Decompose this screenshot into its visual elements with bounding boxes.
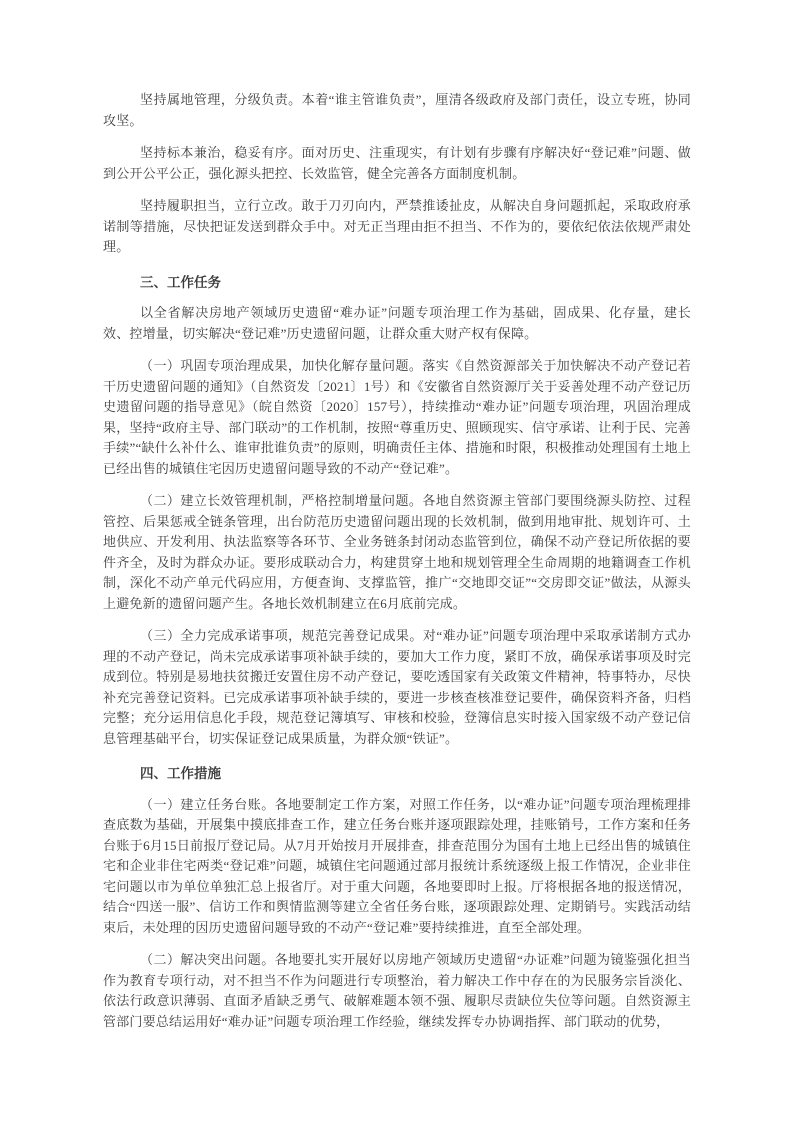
paragraph: （三）全力完成承诺事项，规范完善登记成果。对“难办证”问题专项治理中采取承诺制方… [103,626,691,749]
paragraph: 坚持标本兼治，稳妥有序。面对历史、注重现实，有计划有步骤有序解决好“登记难”问题… [103,143,691,184]
paragraph: 坚持履职担当，立行立改。敢于刀刃向内，严禁推诿扯皮，从解决自身问题抓起，采取政府… [103,196,691,258]
section-heading-work-tasks: 三、工作任务 [103,273,691,294]
paragraph: （二）建立长效管理机制，严格控制增量问题。各地自然资源主管部门要围绕源头防控、过… [103,491,691,614]
paragraph: （一）建立任务台账。各地要制定工作方案，对照工作任务，以“难办证”问题专项治理梳… [103,795,691,939]
paragraph: （一）巩固专项治理成果，加快化解存量问题。落实《自然资源部关于加快解决不动产登记… [103,356,691,479]
document-body: 坚持属地管理，分级负责。本着“谁主管谁负责”，厘清各级政府及部门责任，设立专班，… [103,90,691,1032]
section-heading-work-measures: 四、工作措施 [103,764,691,785]
document-page: 坚持属地管理，分级负责。本着“谁主管谁负责”，厘清各级政府及部门责任，设立专班，… [0,0,793,1122]
paragraph: 以全省解决房地产领域历史遗留“难办证”问题专项治理工作为基础，固成果、化存量，建… [103,303,691,344]
paragraph: （二）解决突出问题。各地要扎实开展好以房地产领域历史遗留“办证难”问题为镜鉴强化… [103,950,691,1032]
paragraph: 坚持属地管理，分级负责。本着“谁主管谁负责”，厘清各级政府及部门责任，设立专班，… [103,90,691,131]
